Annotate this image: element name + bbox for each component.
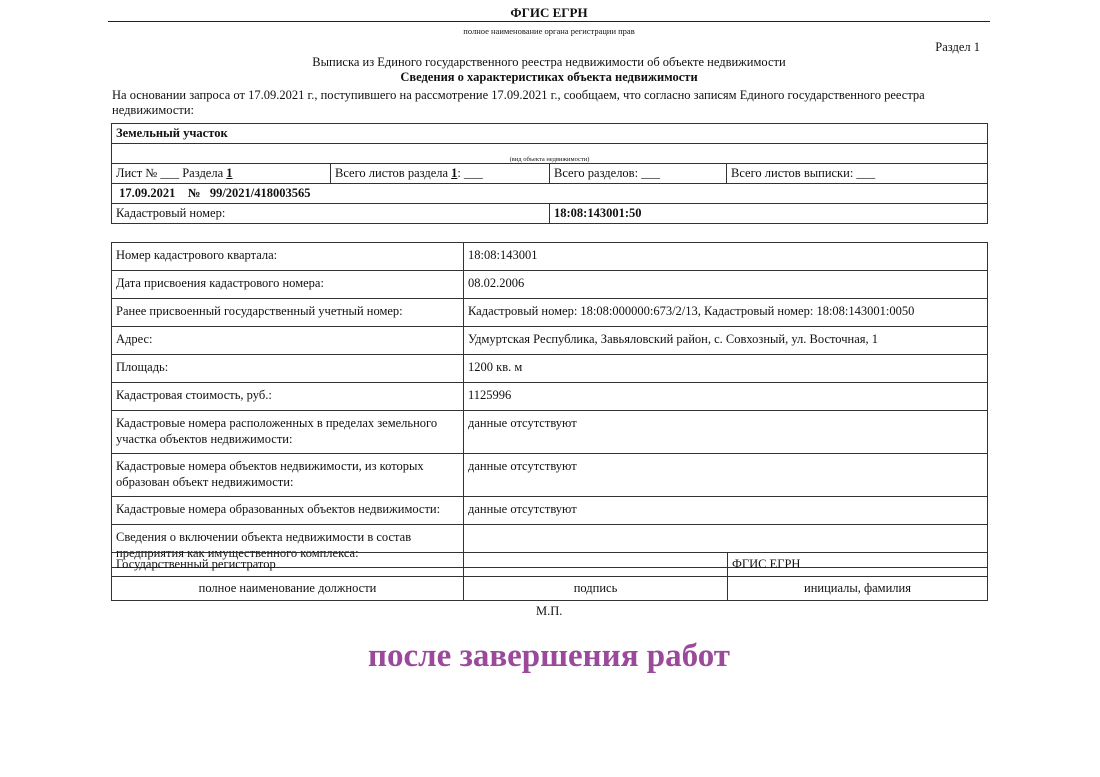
document-title: Выписка из Единого государственного реес… <box>108 55 990 70</box>
registrar-name: ФГИС ЕГРН <box>728 553 988 577</box>
detail-label: Дата присвоения кадастрового номера: <box>112 271 464 299</box>
details-table: Номер кадастрового квартала:18:08:143001… <box>111 242 988 568</box>
total-sheets-blank: ___ <box>464 166 483 180</box>
header-divider <box>108 21 990 22</box>
section-value: 1 <box>226 166 232 180</box>
detail-value: 08.02.2006 <box>464 271 988 299</box>
total-sheets-section-value: 1 <box>451 166 457 180</box>
extract-number: 99/2021/418003565 <box>210 186 311 200</box>
annotation-text: после завершения работ <box>108 638 990 675</box>
detail-value: Удмуртская Республика, Завьяловский райо… <box>464 327 988 355</box>
total-extract-label: Всего листов выписки: <box>731 166 853 180</box>
table-row: Дата присвоения кадастрового номера:08.0… <box>112 271 988 299</box>
extract-number-cell: 17.09.2021 № 99/2021/418003565 <box>112 184 988 204</box>
detail-label: Кадастровые номера расположенных в преде… <box>112 411 464 454</box>
signature-table: Государственный регистратор ФГИС ЕГРН по… <box>111 552 988 601</box>
total-extract-sheets-cell: Всего листов выписки: ___ <box>727 164 988 184</box>
extract-date: 17.09.2021 <box>119 186 175 200</box>
detail-value: 18:08:143001 <box>464 243 988 271</box>
detail-value: данные отсутствуют <box>464 454 988 497</box>
table-row: Кадастровые номера образованных объектов… <box>112 497 988 525</box>
table-row: Площадь:1200 кв. м <box>112 355 988 383</box>
detail-value: 1125996 <box>464 383 988 411</box>
detail-label: Ранее присвоенный государственный учетны… <box>112 299 464 327</box>
detail-value: данные отсутствуют <box>464 411 988 454</box>
detail-label: Адрес: <box>112 327 464 355</box>
total-sections-cell: Всего разделов: ___ <box>550 164 727 184</box>
sheet-label: Лист № <box>116 166 157 180</box>
table-row: Номер кадастрового квартала:18:08:143001 <box>112 243 988 271</box>
detail-label: Площадь: <box>112 355 464 383</box>
registrar-signature <box>464 553 728 577</box>
table-row: Кадастровая стоимость, руб.:1125996 <box>112 383 988 411</box>
object-type: Земельный участок <box>112 124 988 144</box>
sheet-blank: ___ <box>160 166 179 180</box>
table-row: Адрес:Удмуртская Республика, Завьяловски… <box>112 327 988 355</box>
registry-org-title: ФГИС ЕГРН <box>108 5 990 21</box>
total-sections-label: Всего разделов: <box>554 166 638 180</box>
detail-label: Кадастровые номера образованных объектов… <box>112 497 464 525</box>
cadastral-number-label: Кадастровый номер: <box>112 204 550 224</box>
basis-paragraph: На основании запроса от 17.09.2021 г., п… <box>112 88 992 118</box>
total-sections-blank: ___ <box>641 166 660 180</box>
detail-label: Кадастровые номера объектов недвижимости… <box>112 454 464 497</box>
registrar-position: Государственный регистратор <box>112 553 464 577</box>
detail-label: Номер кадастрового квартала: <box>112 243 464 271</box>
table-row: Кадастровые номера расположенных в преде… <box>112 411 988 454</box>
total-extract-blank: ___ <box>856 166 875 180</box>
detail-value: данные отсутствуют <box>464 497 988 525</box>
sheet-number-cell: Лист № ___ Раздела 1 <box>112 164 331 184</box>
number-sign: № <box>188 186 201 200</box>
stamp-placeholder: М.П. <box>536 604 562 619</box>
detail-value: Кадастровый номер: 18:08:000000:673/2/13… <box>464 299 988 327</box>
section-label: Раздел 1 <box>935 40 980 55</box>
detail-label: Кадастровая стоимость, руб.: <box>112 383 464 411</box>
total-sheets-section-cell: Всего листов раздела 1: ___ <box>331 164 550 184</box>
total-sheets-label: Всего листов раздела <box>335 166 448 180</box>
registry-org-caption: полное наименование органа регистрации п… <box>108 26 990 36</box>
table-row: Ранее присвоенный государственный учетны… <box>112 299 988 327</box>
name-caption: инициалы, фамилия <box>728 577 988 601</box>
section-of-label: Раздела <box>182 166 223 180</box>
position-caption: полное наименование должности <box>112 577 464 601</box>
signature-caption: подпись <box>464 577 728 601</box>
cadastral-number-value: 18:08:143001:50 <box>550 204 988 224</box>
object-header-table: Земельный участок (вид объекта недвижимо… <box>111 123 988 224</box>
detail-value: 1200 кв. м <box>464 355 988 383</box>
table-row: Кадастровые номера объектов недвижимости… <box>112 454 988 497</box>
object-type-caption: (вид объекта недвижимости) <box>112 144 988 164</box>
document-subtitle: Сведения о характеристиках объекта недви… <box>108 70 990 85</box>
